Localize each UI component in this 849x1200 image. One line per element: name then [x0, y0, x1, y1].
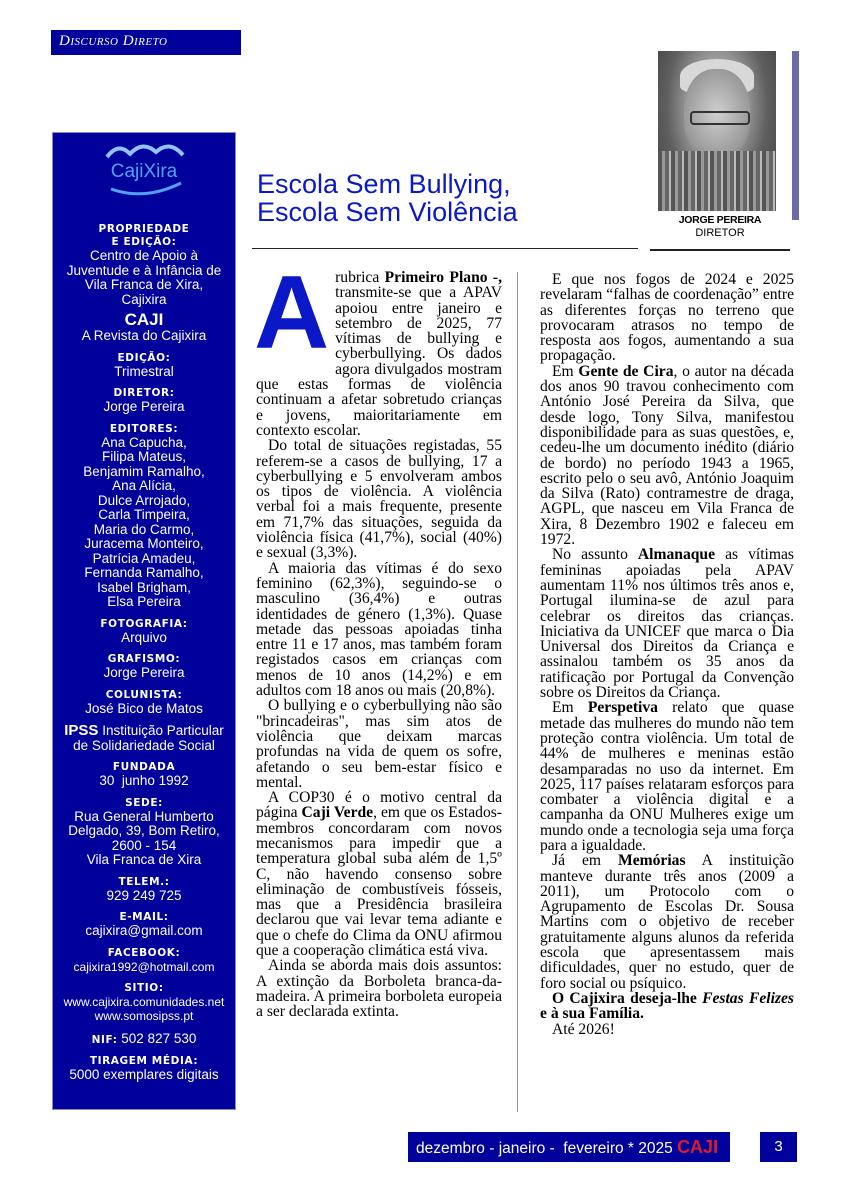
ownership-label: PROPRIEDADE [53, 223, 235, 236]
editor-name: Fernanda Ramalho, [53, 566, 235, 581]
director-name: JORGE PEREIRA [650, 214, 790, 226]
ownership-line: Vila Franca de Xira, [53, 278, 235, 293]
email-block: E-MAIL: cajixira@gmail.com [53, 911, 235, 939]
director-portrait-photo [658, 51, 776, 211]
columnist-value: José Bico de Matos [53, 702, 235, 717]
founded-block: FUNDADA 30 junho 1992 [53, 761, 235, 789]
website-link[interactable]: www.somosipss.pt [53, 1009, 235, 1023]
editor-name: Filipa Mateus, [53, 450, 235, 465]
address-block: SEDE: Rua General Humberto Delgado, 39, … [53, 797, 235, 868]
caption-divider [650, 249, 790, 251]
editor-name: Carla Timpeira, [53, 508, 235, 523]
circulation-value: 5000 exemplares digitais [53, 1068, 235, 1083]
website-label: SITIO: [53, 982, 235, 995]
article-paragraph: O bullying e o cyberbullying não são "br… [256, 698, 502, 790]
phone-block: TELEM.: 929 249 725 [53, 876, 235, 904]
website-link[interactable]: www.cajixira.comunidades.net [53, 995, 235, 1009]
columnist-label: COLUNISTA: [53, 689, 235, 702]
photography-block: FOTOGRAFIA: Arquivo [53, 618, 235, 646]
director-block: DIRETOR: Jorge Pereira [53, 387, 235, 415]
editor-name: Patrícia Amadeu, [53, 552, 235, 567]
column-2-body: E que nos fogos de 2024 e 2025 revelaram… [540, 272, 794, 1037]
facebook-link[interactable]: cajixira1992@hotmail.com [53, 960, 235, 974]
editor-name: Ana Alícia, [53, 479, 235, 494]
article-paragraph: A maioria das vítimas é do sexo feminino… [256, 561, 502, 699]
article-paragraph: Em Perspetiva relato que quase metade da… [540, 700, 794, 853]
masthead-sidebar: CajiXira PROPRIEDADE E EDIÇÃO: Centro de… [52, 132, 236, 1110]
editor-name: Benjamim Ramalho, [53, 465, 235, 480]
column-1-body: rubrica Primeiro Plano -, transmite-se q… [256, 270, 502, 1020]
website-block: SITIO: www.cajixira.comunidades.net www.… [53, 982, 235, 1023]
editor-name: Elsa Pereira [53, 595, 235, 610]
page-number: 3 [760, 1132, 797, 1162]
email-link[interactable]: cajixira@gmail.com [53, 924, 235, 939]
editors-label: EDITORES: [53, 423, 235, 436]
photography-value: Arquivo [53, 631, 235, 646]
address-line: Vila Franca de Xira [53, 853, 235, 868]
editor-name: Dulce Arrojado, [53, 494, 235, 509]
ipss-line-2: de Solidariedade Social [53, 739, 235, 754]
section-tag-label: Discurso Direto [59, 33, 168, 50]
article-paragraph: Ainda se aborda mais dois assuntos: A ex… [256, 958, 502, 1019]
editors-block: EDITORES: Ana Capucha, Filipa Mateus, Be… [53, 423, 235, 610]
graphics-block: GRAFISMO: Jorge Pereira [53, 653, 235, 681]
ownership-line: Juventude e à Infância de [53, 264, 235, 279]
ownership-block: PROPRIEDADE E EDIÇÃO: Centro de Apoio à … [53, 223, 235, 307]
address-line: Rua General Humberto [53, 810, 235, 825]
article-title-line-1: Escola Sem Bullying, [257, 170, 518, 198]
circulation-block: TIRAGEM MÉDIA: 5000 exemplares digitais [53, 1055, 235, 1083]
article-paragraph: Até 2026! [540, 1022, 794, 1037]
magazine-subtitle: A Revista do Cajixira [53, 329, 235, 344]
footer-brand: CAJI [677, 1137, 718, 1157]
article-paragraph: E que nos fogos de 2024 e 2025 revelaram… [540, 272, 794, 364]
edition-value: Trimestral [53, 365, 235, 380]
issue-date: dezembro - janeiro - fevereiro * 2025 [416, 1140, 677, 1157]
ipss-line-1: Instituição Particular [98, 723, 223, 738]
ipss-abbrev: IPSS [64, 722, 98, 739]
ownership-line: Centro de Apoio à [53, 249, 235, 264]
address-line: 2600 - 154 [53, 839, 235, 854]
cajixira-logo: CajiXira [53, 139, 235, 209]
founded-value: 30 junho 1992 [53, 774, 235, 789]
editor-name: Maria do Carmo, [53, 523, 235, 538]
article-title: Escola Sem Bullying, Escola Sem Violênci… [257, 170, 518, 226]
facebook-block: FACEBOOK: cajixira1992@hotmail.com [53, 947, 235, 974]
article-paragraph: Já em Memórias A instituição manteve dur… [540, 853, 794, 991]
edition-block: EDIÇÃO: Trimestral [53, 352, 235, 380]
article-paragraph: O Cajixira deseja-lhe Festas Felizes e à… [540, 991, 794, 1022]
ipss-block: IPSS Instituição Particular de Solidarie… [53, 724, 235, 753]
nif-label: NIF: [92, 1034, 118, 1046]
address-line: Delgado, 39, Bom Retiro, [53, 824, 235, 839]
article-title-line-2: Escola Sem Violência [257, 198, 518, 226]
article-paragraph: No assunto Almanaque as vítimas feminina… [540, 547, 794, 700]
director-value: Jorge Pereira [53, 400, 235, 415]
facebook-label: FACEBOOK: [53, 947, 235, 960]
logo-text: CajiXira [53, 161, 235, 183]
photography-label: FOTOGRAFIA: [53, 618, 235, 631]
circulation-label: TIRAGEM MÉDIA: [53, 1055, 235, 1068]
magazine-title: CAJI [53, 311, 235, 329]
editor-name: Juracema Monteiro, [53, 537, 235, 552]
title-divider [252, 248, 638, 249]
article-column-1: A rubrica Primeiro Plano -, transmite-se… [256, 270, 502, 1020]
address-label: SEDE: [53, 797, 235, 810]
nif-value: 502 827 530 [118, 1031, 197, 1046]
ownership-line: Cajixira [53, 293, 235, 308]
nif-block: NIF: 502 827 530 [53, 1031, 235, 1047]
section-tag: Discurso Direto [51, 30, 241, 55]
edition-label: EDIÇÃO: [53, 352, 235, 365]
article-paragraph: Do total de situações registadas, 55 ref… [256, 438, 502, 560]
director-role: DIRETOR [650, 227, 790, 239]
editor-name: Isabel Brigham, [53, 581, 235, 596]
article-paragraph: A COP30 é o motivo central da página Caj… [256, 790, 502, 958]
phone-label: TELEM.: [53, 876, 235, 889]
photo-accent-bar [792, 51, 799, 220]
issue-footer: dezembro - janeiro - fevereiro * 2025 CA… [408, 1132, 730, 1162]
editor-name: Ana Capucha, [53, 436, 235, 451]
drop-cap: A [254, 272, 329, 368]
columnist-block: COLUNISTA: José Bico de Matos [53, 689, 235, 717]
article-column-2: E que nos fogos de 2024 e 2025 revelaram… [540, 272, 794, 1037]
article-paragraph: Em Gente de Cira, o autor na década dos … [540, 364, 794, 548]
column-divider [517, 272, 518, 1112]
graphics-value: Jorge Pereira [53, 666, 235, 681]
magazine-block: CAJI A Revista do Cajixira [53, 311, 235, 344]
phone-value[interactable]: 929 249 725 [53, 889, 235, 904]
